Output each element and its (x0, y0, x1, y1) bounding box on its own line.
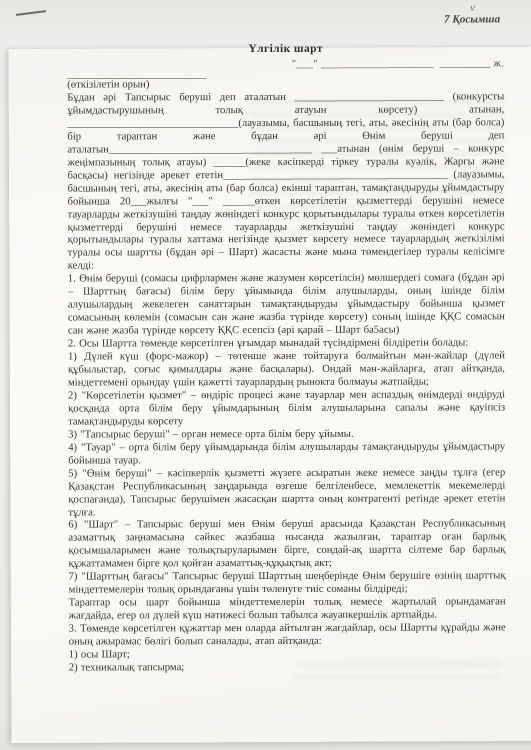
place-caption: (өткізілетін орын) (67, 77, 504, 90)
clause-3-item-2: 2) техникалық тапсырма; (69, 660, 506, 674)
definition-supplier: 5) "Өнім беруші" – кәсіпкерлік қызметті … (68, 466, 505, 519)
contract-body: Бұдан әрі Тапсырыс беруші деп аталатын _… (67, 90, 506, 674)
clause-2: 2. Осы Шартта төменде көрсетілген ұғымда… (68, 336, 505, 350)
scanned-page: v 7 Қосымша Үлгілік шарт "___" _________… (0, 0, 531, 750)
appendix-label: 7 Қосымша (67, 13, 504, 26)
definition-contract-price: 7) "Шарттың бағасы" Тапсырыс беруші Шарт… (69, 570, 506, 597)
definition-service: 2) "Көрсетілетін қызмет" – өндіріс проце… (68, 388, 505, 428)
definition-contract: 6) "Шарт" – Тапсырыс беруші мен Өнім бер… (68, 518, 505, 571)
document-content: 7 Қосымша Үлгілік шарт "___" ___________… (0, 0, 531, 750)
definition-force-majeure: 1) Дүлей күш (форс-мажор) – төтенше және… (68, 349, 505, 389)
liability-paragraph: Тараптар осы шарт бойынша міндеттемелері… (69, 596, 506, 623)
definition-goods: 4) "Тауар" – орта білім беру ұйымдарында… (68, 440, 505, 467)
document-title: Үлгілік шарт (67, 42, 504, 55)
intro-paragraph: Бұдан әрі Тапсырыс беруші деп аталатын _… (67, 90, 504, 272)
clause-3: 3. Төменде көрсетілген құжаттар мен олар… (69, 621, 506, 648)
clause-1: 1. Өнім беруші (сомасы цифрлармен және ж… (68, 272, 505, 338)
clause-3-item-1: 1) осы Шарт; (69, 647, 506, 661)
definition-customer: 3) "Тапсырыс беруші" – орган немесе орта… (68, 427, 505, 441)
